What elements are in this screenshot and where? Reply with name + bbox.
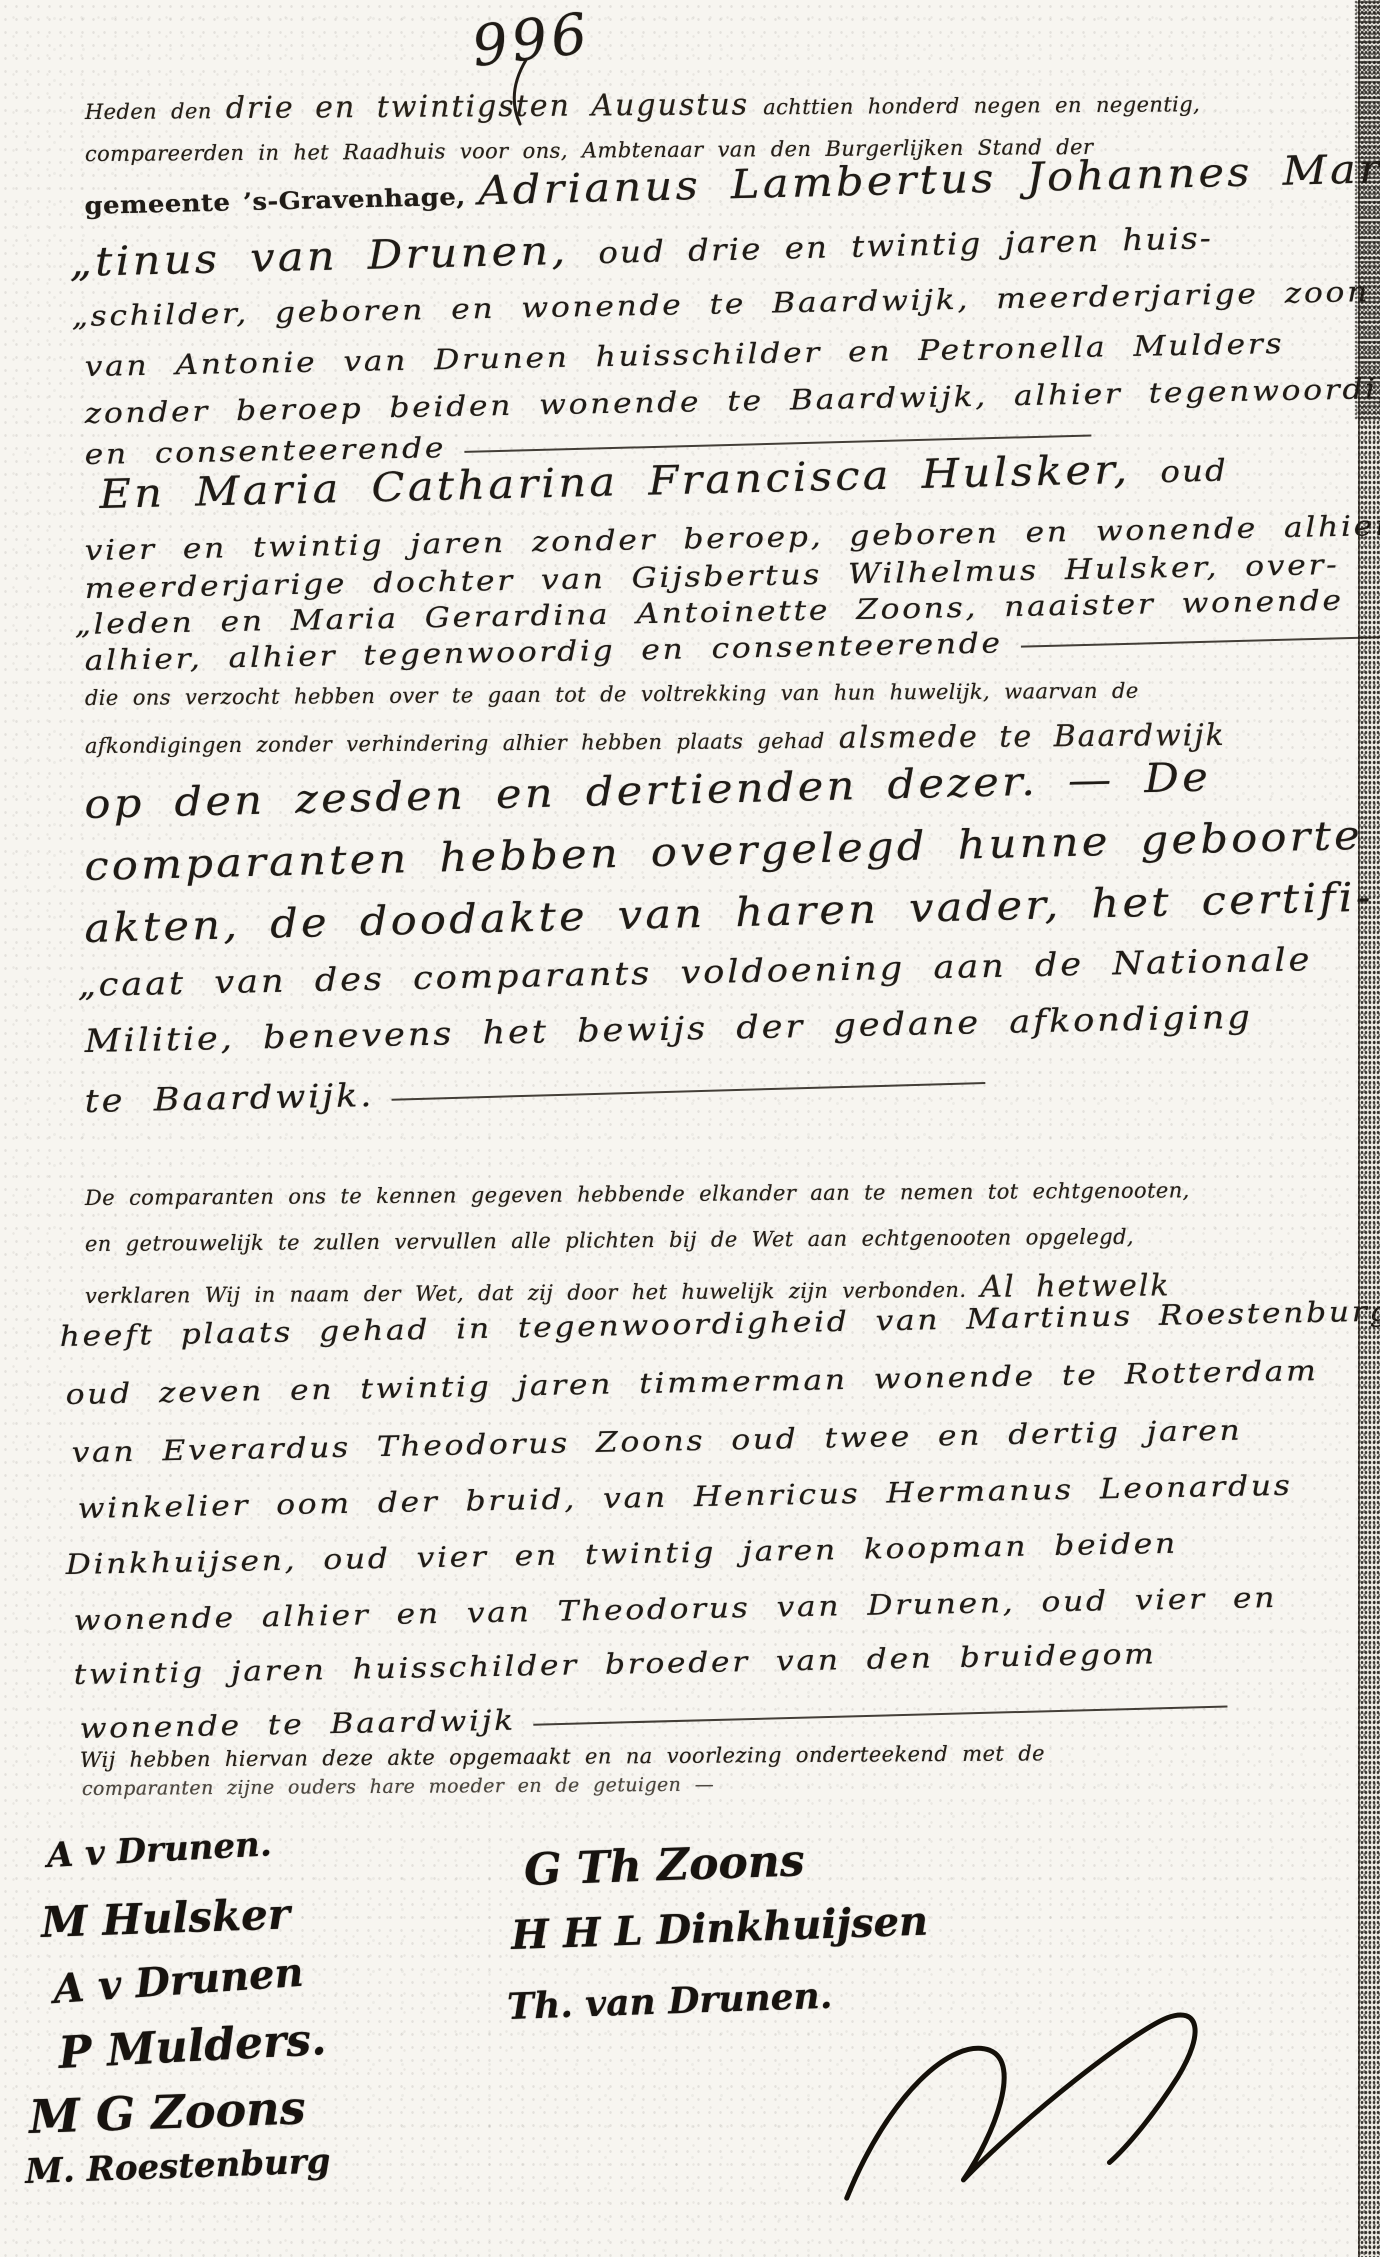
manuscript-line: te Baardwijk.	[84, 1063, 986, 1120]
signature-witness-roestenburg: M. Roestenburg	[25, 2141, 331, 2192]
manuscript-line: van Antonie van Drunen huisschilder en P…	[84, 327, 1284, 383]
manuscript-line: op den zesden en dertienden dezer. — De	[84, 754, 1212, 828]
manuscript-line: akten, de doodakte van haren vader, het …	[84, 875, 1374, 952]
scan-edge-band	[1358, 0, 1380, 2257]
signature-groom: A v Drunen.	[46, 1824, 273, 1876]
manuscript-line: oud zeven en twintig jaren timmerman won…	[65, 1354, 1318, 1411]
manuscript-line: Wij hebben hiervan deze akte opgemaakt e…	[80, 1741, 1045, 1772]
manuscript-line: De comparanten ons te kennen gegeven heb…	[85, 1178, 1190, 1210]
manuscript-line: die ons verzocht hebben over te gaan tot…	[85, 679, 1139, 710]
manuscript-line: zonder beroep beiden wonende te Baardwij…	[84, 372, 1380, 430]
manuscript-line: Militie, benevens het bewijs der gedane …	[84, 998, 1253, 1060]
signature-witness-zoons: G Th Zoons	[523, 1835, 805, 1896]
dash-filler-rule	[392, 1082, 986, 1101]
manuscript-line: Dinkhuijsen, oud vier en twintig jaren k…	[65, 1527, 1178, 1581]
manuscript-line: twintig jaren huisschilder broeder van d…	[73, 1637, 1156, 1691]
manuscript-line: wonende alhier en van Theodorus van Drun…	[73, 1581, 1277, 1637]
manuscript-line: „caat van des comparants voldoening aan …	[77, 940, 1312, 1004]
dash-filler-rule	[1021, 633, 1380, 647]
manuscript-line: comparanten zijne ouders hare moeder en …	[82, 1774, 714, 1800]
manuscript-line: en getrouwelijk te zullen vervullen alle…	[85, 1225, 1134, 1256]
manuscript-line: comparanten hebben overgelegd hunne gebo…	[84, 813, 1364, 890]
manuscript-line: „tinus van Drunen, oud drie en twintig j…	[69, 212, 1213, 286]
manuscript-line: afkondigingen zonder verhindering alhier…	[85, 718, 1226, 761]
manuscript-line: winkelier oom der bruid, van Henricus He…	[77, 1469, 1292, 1525]
manuscript-line: wonende te Baardwijk	[79, 1690, 1228, 1745]
official-signature-flourish-icon	[811, 1988, 1259, 2222]
manuscript-line: van Everardus Theodorus Zoons oud twee e…	[71, 1414, 1242, 1469]
manuscript-line: Heden den drie en twintigsten Augustus a…	[85, 84, 1201, 127]
signature-witness-dinkhuijsen: H H L Dinkhuijsen	[510, 1897, 928, 1959]
dash-filler-rule	[534, 1705, 1228, 1725]
signature-mother-bride: M G Zoons	[28, 2080, 306, 2144]
signature-bride: M Hulsker	[40, 1889, 290, 1947]
signature-mother-groom: P Mulders.	[57, 2014, 327, 2079]
manuscript-line: „schilder, geboren en wonende te Baardwi…	[71, 275, 1370, 333]
signature-father-groom: A v Drunen	[52, 1949, 305, 2013]
signature-witness-van-drunen: Th. van Drunen.	[507, 1975, 833, 2028]
scanned-marriage-record-page: 996 Heden den drie en twintigsten August…	[0, 0, 1380, 2257]
